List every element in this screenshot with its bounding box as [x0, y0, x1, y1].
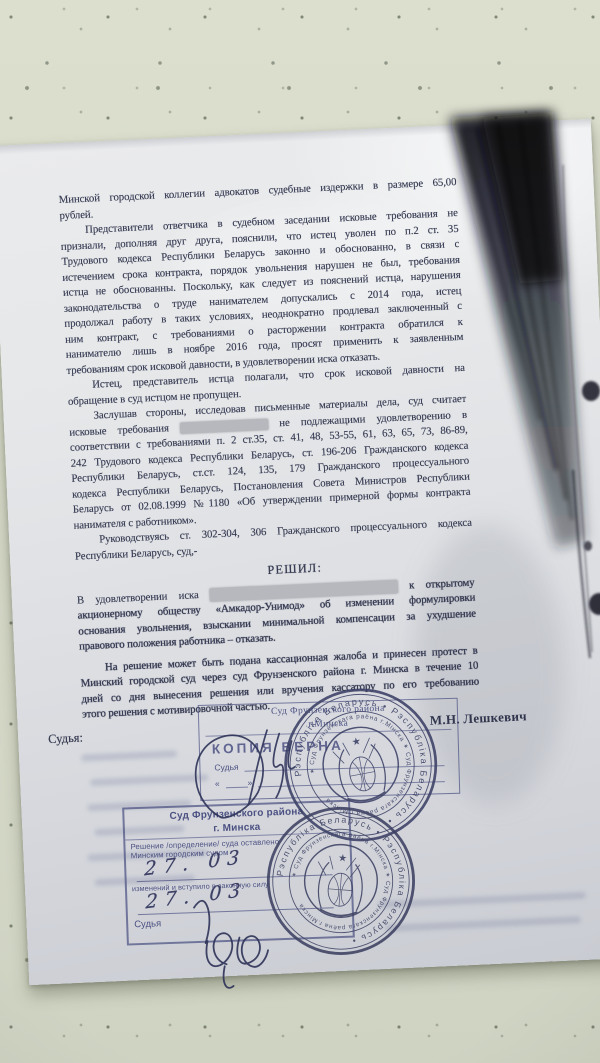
judge-signature [180, 708, 357, 834]
paragraph-defendant: Представители ответчика в судебном засед… [60, 206, 465, 379]
redaction-box [180, 418, 268, 433]
coat-of-arms: ★ [314, 851, 365, 917]
photo-of-court-document: { "document": { "p1_lines": [ "Минской г… [0, 0, 600, 1063]
document-paper: Минской городской коллегии адвокатов суд… [0, 119, 600, 985]
bleed-through-mark [81, 750, 177, 761]
redacted-line-post: к открытому [409, 576, 475, 591]
redacted-line-pre: исковые требования [69, 422, 169, 439]
judge-label: Судья: [48, 730, 83, 747]
svg-text:★: ★ [338, 853, 348, 865]
paragraph-court-findings: соответствии с требованиями п. 2 ст.35, … [70, 423, 472, 534]
document-text-block: Минской городской коллегии адвокатов суд… [58, 175, 480, 723]
judge-signature [171, 891, 310, 1001]
